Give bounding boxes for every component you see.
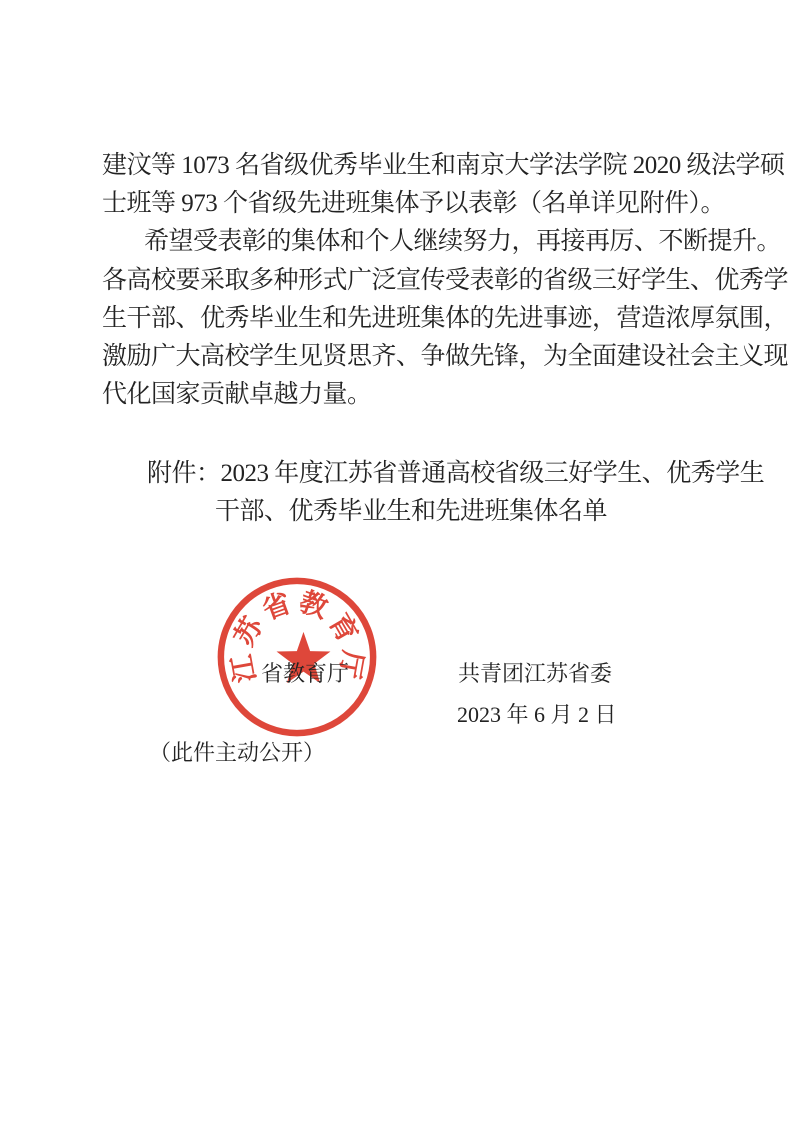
attachment-block: 附件：2023 年度江苏省普通高校省级三好学生、优秀学生 干部、优秀毕业生和先进… bbox=[147, 455, 747, 531]
body-line: 希望受表彰的集体和个人继续努力，再接再厉、不断提升。 bbox=[102, 223, 742, 261]
body-line: 各高校要采取多种形式广泛宣传受表彰的省级三好学生、优秀学 bbox=[102, 262, 742, 300]
body-line: 生干部、优秀毕业生和先进班集体的先进事迹，营造浓厚氛围， bbox=[102, 300, 742, 338]
body-paragraphs: 建汶等 1073 名省级优秀毕业生和南京大学法学院 2020 级法学硕 士班等 … bbox=[102, 147, 742, 414]
body-line: 士班等 973 个省级先进班集体予以表彰（名单详见附件）。 bbox=[102, 185, 742, 223]
body-line: 建汶等 1073 名省级优秀毕业生和南京大学法学院 2020 级法学硕 bbox=[102, 147, 742, 185]
issuer-right-name: 共青团江苏省委 bbox=[458, 657, 612, 688]
document-page: 建汶等 1073 名省级优秀毕业生和南京大学法学院 2020 级法学硕 士班等 … bbox=[0, 0, 799, 1131]
attachment-line: 干部、优秀毕业生和先进班集体名单 bbox=[147, 493, 747, 531]
attachment-line: 附件：2023 年度江苏省普通高校省级三好学生、优秀学生 bbox=[147, 455, 747, 493]
signature-date: 2023 年 6 月 2 日 bbox=[457, 698, 617, 729]
issuer-left-name: 省教育厅 bbox=[261, 657, 349, 688]
body-line: 激励广大高校学生见贤思齐、争做先锋，为全面建设社会主义现 bbox=[102, 338, 742, 376]
body-line: 代化国家贡献卓越力量。 bbox=[102, 376, 742, 414]
publicity-note: （此件主动公开） bbox=[149, 736, 325, 767]
